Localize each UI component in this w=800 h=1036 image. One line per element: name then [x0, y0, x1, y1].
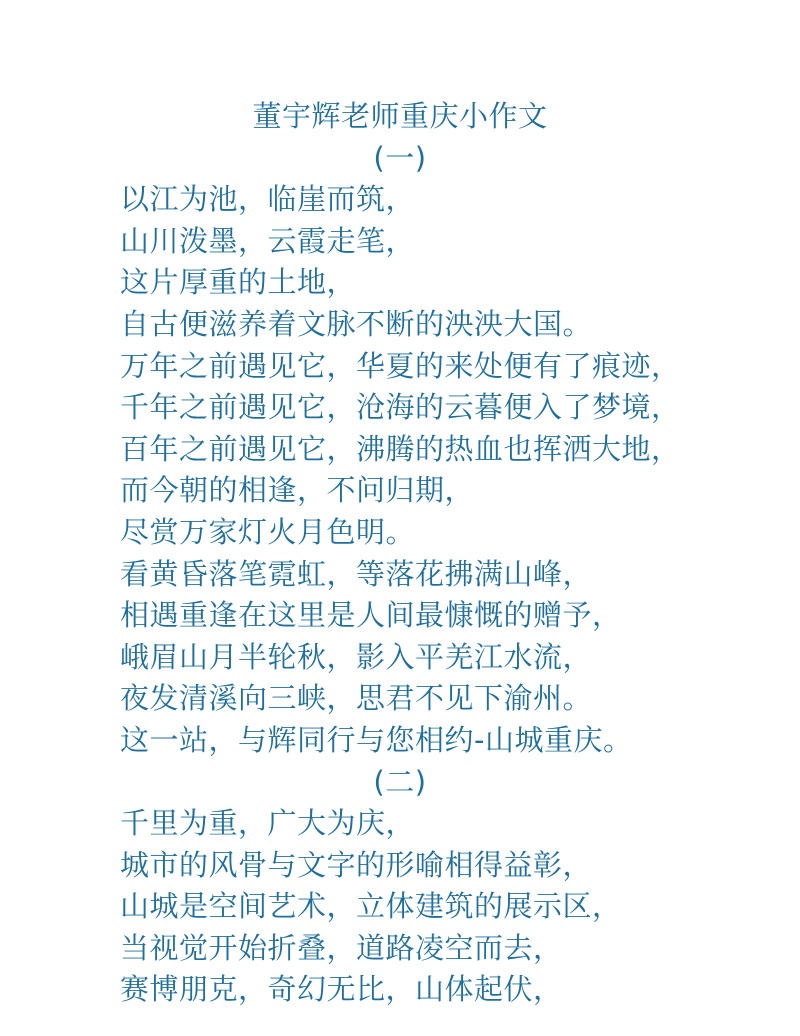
text-line: 当视觉开始折叠，道路凌空而去，: [0, 928, 800, 970]
section-heading: (二): [0, 762, 800, 804]
section-2: (二) 千里为重，广大为庆， 城市的风骨与文字的形喻相得益彰， 山城是空间艺术，…: [0, 762, 800, 1012]
text-line: 万年之前遇见它，华夏的来处便有了痕迹，: [0, 346, 800, 388]
text-line: 山城是空间艺术，立体建筑的展示区，: [0, 886, 800, 928]
text-line: 自古便滋养着文脉不断的泱泱大国。: [0, 304, 800, 346]
document: 董宇辉老师重庆小作文 (一) 以江为池，临崖而筑， 山川泼墨，云霞走笔， 这片厚…: [0, 96, 800, 1011]
text-line: 千里为重，广大为庆，: [0, 803, 800, 845]
text-line: 以江为池，临崖而筑，: [0, 179, 800, 221]
text-line: 千年之前遇见它，沧海的云暮便入了梦境，: [0, 387, 800, 429]
text-line: 看黄昏落笔霓虹，等落花拂满山峰，: [0, 554, 800, 596]
text-line: 尽赏万家灯火月色明。: [0, 512, 800, 554]
section-heading: (一): [0, 138, 800, 180]
text-line: 山川泼墨，云霞走笔，: [0, 221, 800, 263]
document-title: 董宇辉老师重庆小作文: [0, 96, 800, 138]
text-line: 相遇重逢在这里是人间最慷慨的赠予，: [0, 595, 800, 637]
text-line: 夜发清溪向三峡，思君不见下渝州。: [0, 678, 800, 720]
text-line: 而今朝的相逢，不问归期，: [0, 470, 800, 512]
text-line: 峨眉山月半轮秋，影入平羌江水流，: [0, 637, 800, 679]
text-line: 百年之前遇见它，沸腾的热血也挥洒大地，: [0, 429, 800, 471]
text-line: 赛博朋克，奇幻无比，山体起伏，: [0, 969, 800, 1011]
text-line: 城市的风骨与文字的形喻相得益彰，: [0, 845, 800, 887]
section-1: (一) 以江为池，临崖而筑， 山川泼墨，云霞走笔， 这片厚重的土地， 自古便滋养…: [0, 138, 800, 762]
text-line: 这片厚重的土地，: [0, 262, 800, 304]
text-line: 这一站，与辉同行与您相约-山城重庆。: [0, 720, 800, 762]
